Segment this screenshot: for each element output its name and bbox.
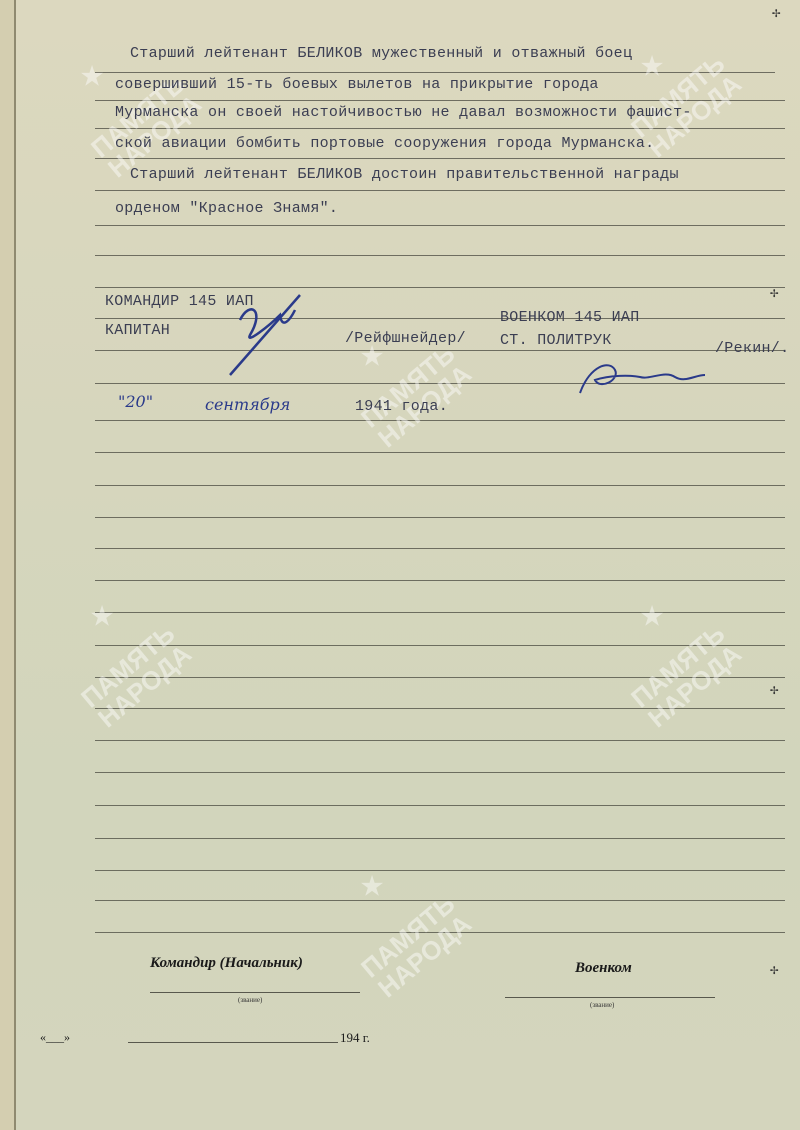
date-day: "20" (118, 392, 153, 411)
body-line-6: орденом "Красное Знамя". (115, 200, 338, 217)
date-month: сентября (205, 395, 290, 414)
margin-mark: ✢ (770, 682, 778, 699)
commander-rank: КАПИТАН (105, 322, 170, 339)
commander-name: /Рейфшнейдер/ (345, 330, 466, 347)
commissar-rank: СТ. ПОЛИТРУК (500, 332, 612, 349)
commissar-label: Военком (575, 960, 632, 977)
body-line-5: Старший лейтенант БЕЛИКОВ достоин правит… (130, 166, 679, 183)
page-binding-edge (0, 0, 16, 1130)
commissar-rank-caption: (звание) (590, 1001, 614, 1009)
margin-mark: ✢ (770, 962, 778, 979)
commissar-signature (570, 355, 710, 400)
commander-label: Командир (Начальник) (150, 955, 303, 972)
footer-year: 194 г. (340, 1030, 370, 1046)
footer-date-prefix: «___» (40, 1030, 70, 1045)
body-line-1: Старший лейтенант БЕЛИКОВ мужественный и… (130, 45, 632, 62)
body-line-2: совершивший 15-ть боевых вылетов на прик… (115, 76, 599, 93)
commissar-name: /Рекин/. (715, 340, 789, 357)
date-year: 1941 года. (355, 398, 448, 415)
commissar-title: ВОЕНКОМ 145 ИАП (500, 309, 640, 326)
margin-mark: ✢ (770, 285, 778, 302)
margin-mark: ✢ (772, 5, 780, 22)
commander-rank-caption: (звание) (238, 996, 262, 1004)
body-line-4: ской авиации бомбить портовые сооружения… (115, 135, 654, 152)
commander-signature (220, 290, 310, 380)
body-line-3: Мурманска он своей настойчивостью не дав… (115, 104, 692, 121)
